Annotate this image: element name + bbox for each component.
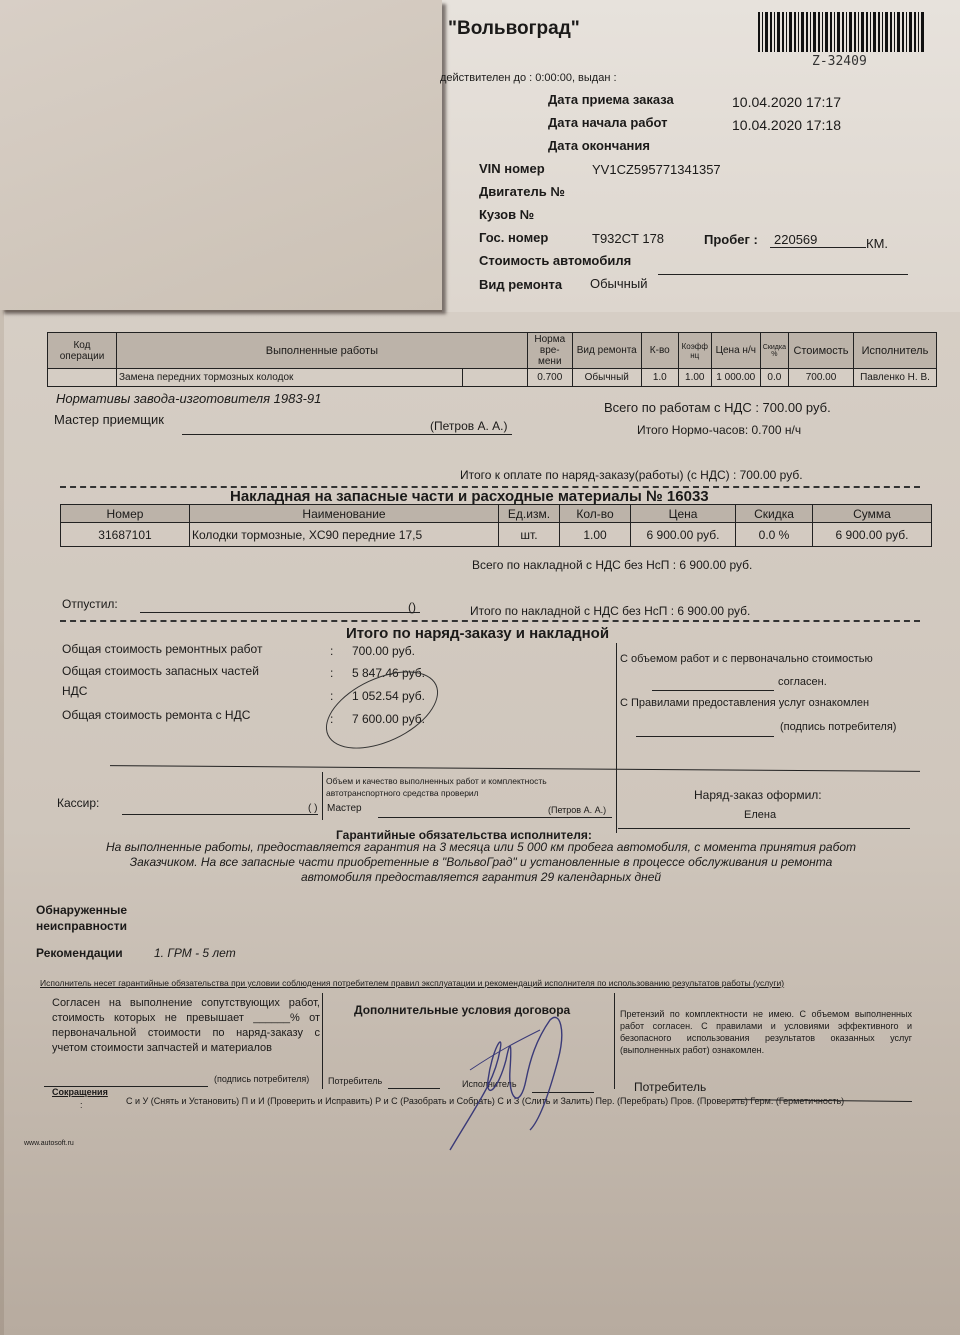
vin-value: YV1CZ595771341357: [592, 162, 721, 177]
website: www.autosoft.ru: [24, 1140, 74, 1147]
col-qty: К-во: [641, 333, 678, 369]
abbreviations-label: Сокращения: [52, 1087, 108, 1097]
col-price: Цена н/ч: [711, 333, 760, 369]
col-discount: Скидка %: [760, 333, 788, 369]
consumer-signature-line: [636, 734, 774, 737]
works-table: Код операции Выполненные работы Норма вр…: [47, 332, 937, 387]
parts-total: Всего по накладной с НДС без НсП : 6 900…: [472, 558, 752, 572]
mileage-unit: КМ.: [866, 236, 888, 251]
standards-note: Нормативы завода-изготовителя 1983-91: [56, 391, 321, 406]
warranty-text: На выполненные работы, предоставляется г…: [96, 840, 866, 885]
issued-label: Наряд-заказ оформил:: [694, 788, 822, 802]
body-label: Кузов №: [479, 207, 534, 222]
faults-label: Обнаруженные неисправности: [36, 902, 146, 934]
master-signature-line: [182, 430, 512, 435]
divider: [60, 620, 920, 622]
parts-total-2: Итого по накладной с НДС без НсП : 6 900…: [470, 604, 750, 618]
warranty-condition: Исполнитель несет гарантийные обязательс…: [40, 978, 900, 988]
recommendations-label: Рекомендации: [36, 946, 123, 960]
vertical-divider: [614, 993, 615, 1089]
agree-signature-line: [652, 688, 774, 691]
colon: :: [330, 644, 333, 658]
barcode: [758, 12, 926, 52]
handwritten-signature: [440, 1010, 580, 1160]
col-executor: Исполнитель: [854, 333, 937, 369]
col-coef: Коэфф нц: [678, 333, 711, 369]
mileage-value: 220569: [770, 232, 866, 248]
overlapping-paper: [0, 0, 442, 310]
divider: [618, 828, 910, 829]
table-row: 31687101 Колодки тормозные, XC90 передни…: [61, 523, 932, 547]
company-name: "Вольвоград": [448, 18, 580, 40]
start-date-label: Дата начала работ: [548, 115, 668, 130]
master-name: (Петров А. А.): [548, 805, 606, 815]
car-cost-line: [658, 268, 908, 275]
total-label: НДС: [62, 684, 87, 698]
abbreviations-colon: :: [80, 1100, 83, 1110]
consent-sign-caption: (подпись потребителя): [214, 1074, 309, 1084]
recommendations-value: 1. ГРМ - 5 лет: [154, 946, 236, 960]
col-code: Код операции: [48, 333, 117, 369]
released-label: Отпустил:: [62, 597, 118, 611]
vin-label: VIN номер: [479, 161, 545, 176]
col-work: Выполненные работы: [117, 333, 528, 369]
released-line: [140, 608, 420, 613]
total-label: Общая стоимость ремонта с НДС: [62, 708, 250, 722]
norm-hours-total: Итого Нормо-часов: 0.700 н/ч: [637, 423, 801, 437]
col-norm: Норма вре-мени: [527, 333, 572, 369]
master-line: [378, 815, 612, 818]
vertical-divider: [322, 772, 323, 820]
order-date-value: 10.04.2020 17:17: [732, 94, 841, 110]
vertical-divider: [616, 643, 617, 833]
barcode-number: Z-32409: [812, 54, 867, 69]
colon: :: [330, 666, 333, 680]
validity-line: действителен до : 0:00:00, выдан :: [440, 72, 617, 84]
claims-text: Претензий по комплектности не имею. С об…: [620, 1008, 912, 1056]
issued-name: Елена: [744, 809, 776, 821]
agreed-text: согласен.: [778, 676, 827, 688]
table-row: Замена передних тормозных колодок 0.700 …: [48, 369, 937, 387]
vertical-divider: [322, 993, 323, 1089]
mileage-label: Пробег :: [704, 232, 758, 247]
total-works: Всего по работам с НДС : 700.00 руб.: [604, 400, 831, 415]
rules-ack-text: С Правилами предоставления услуг ознаком…: [620, 697, 869, 709]
document-sheet: [4, 312, 960, 1335]
parts-title: Накладная на запасные части и расходные …: [230, 488, 709, 505]
grand-total-title: Итого по наряд-заказу и накладной: [346, 625, 609, 642]
repair-type-label: Вид ремонта: [479, 277, 562, 292]
plate-label: Гос. номер: [479, 230, 548, 245]
total-value: 700.00 руб.: [352, 644, 415, 658]
order-date-label: Дата приема заказа: [548, 92, 674, 107]
colon: :: [330, 689, 333, 703]
consumer-big-label: Потребитель: [634, 1080, 706, 1094]
col-type: Вид ремонта: [572, 333, 641, 369]
total-label: Общая стоимость запасных частей: [62, 664, 259, 678]
end-date-label: Дата окончания: [548, 138, 650, 153]
agree-volume-text: С объемом работ и с первоначально стоимо…: [620, 653, 873, 665]
repair-type-value: Обычный: [590, 276, 647, 291]
master-receiver-label: Мастер приемщик: [54, 412, 164, 427]
consent-signature-line: [44, 1084, 208, 1087]
engine-label: Двигатель №: [479, 184, 565, 199]
checked-text: Объем и качество выполненных работ и ком…: [326, 775, 576, 799]
col-cost: Стоимость: [789, 333, 854, 369]
consumer-line: [388, 1086, 440, 1089]
start-date-value: 10.04.2020 17:18: [732, 117, 841, 133]
total-to-pay: Итого к оплате по наряд-заказу(работы) (…: [460, 468, 803, 482]
plate-value: T932CT 178: [592, 231, 664, 246]
consent-text: Согласен на выполнение сопутствующих раб…: [52, 996, 320, 1056]
consumer-label: Потребитель: [328, 1076, 382, 1086]
total-label: Общая стоимость ремонтных работ: [62, 642, 262, 656]
consumer-sign-caption: (подпись потребителя): [780, 721, 896, 733]
parts-table: Номер Наименование Ед.изм. Кол-во Цена С…: [60, 504, 932, 547]
car-cost-label: Стоимость автомобиля: [479, 253, 631, 268]
cashier-line: [122, 812, 318, 815]
cashier-label: Кассир:: [57, 796, 99, 810]
master-label: Мастер: [327, 803, 362, 814]
